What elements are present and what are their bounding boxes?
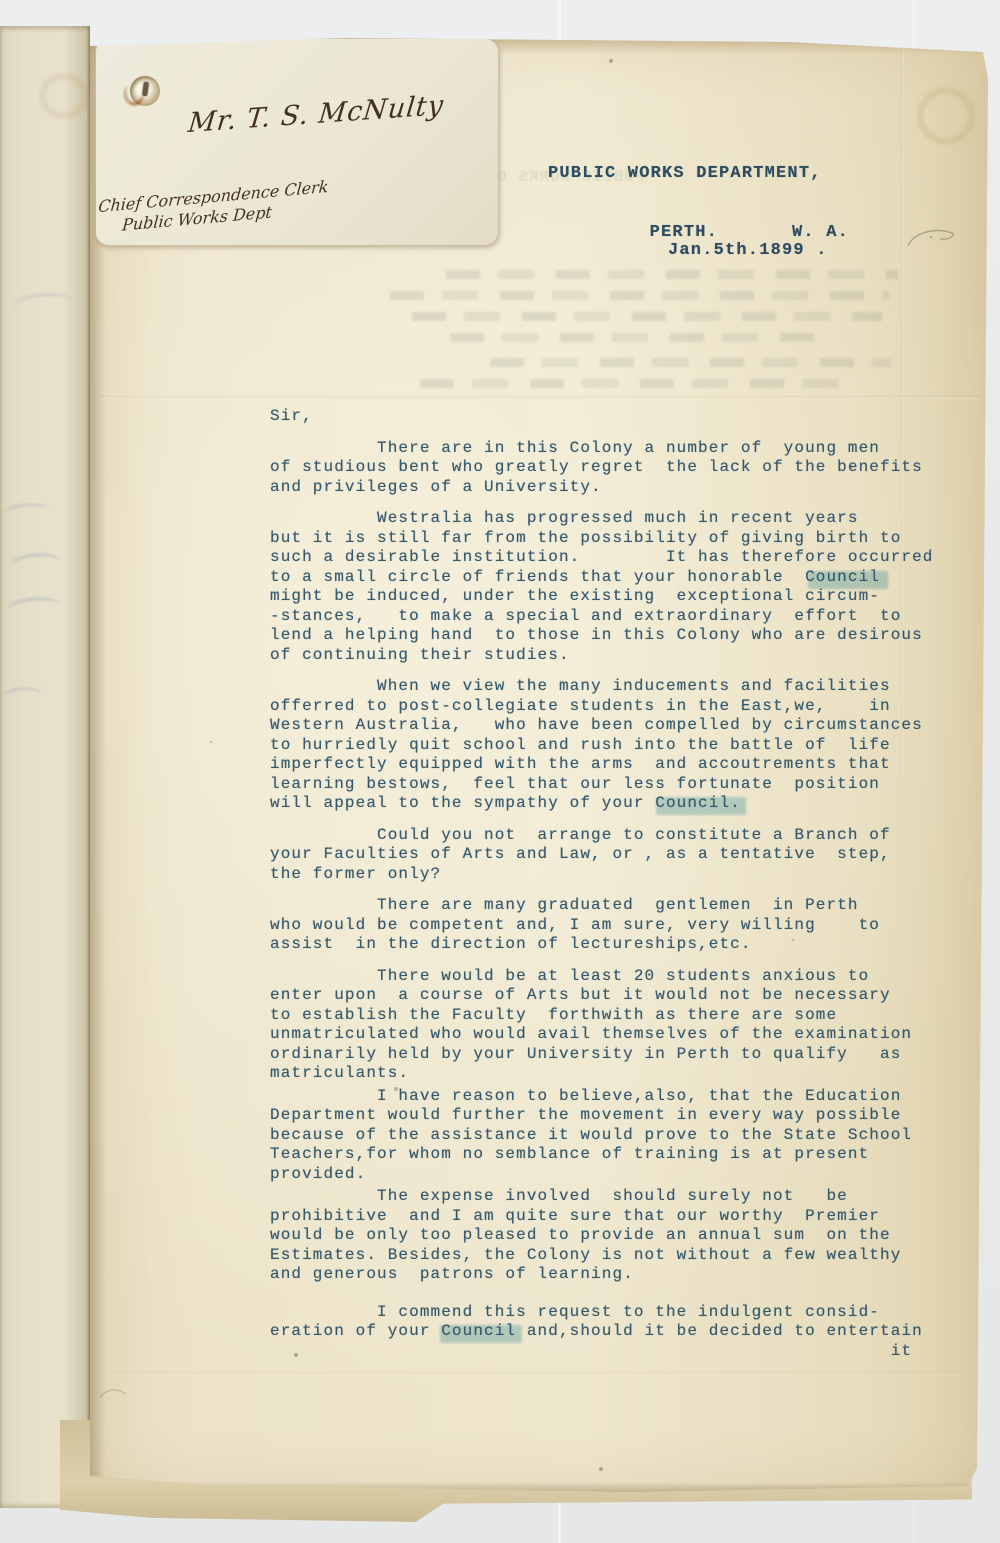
bleed-through-writing xyxy=(1,686,42,703)
bleed-through-writing xyxy=(13,292,72,315)
paragraph: Could you not arrange to constitute a Br… xyxy=(270,826,986,885)
bleed-through-writing xyxy=(9,552,63,578)
paragraph: When we view the many inducements and fa… xyxy=(270,677,986,814)
letterhead-state: W. A. xyxy=(792,223,849,242)
underlying-page-left-edge xyxy=(0,26,90,1508)
fold-crease-horizontal xyxy=(100,396,980,399)
bleed-through-writing xyxy=(5,596,63,623)
letterhead-date: Jan.5th.1899 . xyxy=(668,241,828,260)
pin-icon xyxy=(142,82,149,97)
fold-crease-horizontal xyxy=(110,1372,960,1375)
pencil-mark xyxy=(906,226,960,254)
bleed-through-line xyxy=(412,312,882,321)
page-gutter-shadow xyxy=(90,36,106,1492)
left-page-stain xyxy=(40,74,88,118)
paragraph: I have reason to believe,also, that the … xyxy=(270,1087,986,1185)
pencil-mark xyxy=(98,1386,128,1402)
paragraph: Westralia has progressed much in recent … xyxy=(270,509,986,665)
letter-page: PUBLIC WORKS DEPARTMENT, PERTH. Mr. T. S… xyxy=(90,36,988,1492)
letterhead-place: PERTH. xyxy=(650,223,718,242)
paragraph: There would be at least 20 students anxi… xyxy=(270,967,986,1084)
bleed-through-writing xyxy=(3,502,48,520)
water-stain xyxy=(918,88,974,144)
bleed-through-line xyxy=(450,333,830,342)
paragraph: There are in this Colony a number of you… xyxy=(270,439,986,498)
pinned-card: Mr. T. S. McNulty Chief Correspondence C… xyxy=(95,38,499,246)
paragraph: There are many graduated gentlemen in Pe… xyxy=(270,896,986,955)
bleed-through-line xyxy=(490,358,890,367)
letter-body: Sir, There are in this Colony a number o… xyxy=(270,407,986,1361)
bleed-through-line xyxy=(390,291,890,300)
paragraph: I commend this request to the indulgent … xyxy=(270,1303,986,1362)
pin-hole xyxy=(130,76,160,106)
handwritten-recipient-name: Mr. T. S. McNulty xyxy=(187,90,446,139)
bleed-through-line xyxy=(446,270,898,279)
salutation: Sir, xyxy=(270,407,986,427)
paragraph: The expense involved should surely not b… xyxy=(270,1187,986,1285)
letterhead-department: PUBLIC WORKS DEPARTMENT, xyxy=(548,164,822,183)
bleed-through-line xyxy=(420,379,850,388)
scanned-letter-page: { "letter": { "office_header": { "depart… xyxy=(0,0,1000,1543)
